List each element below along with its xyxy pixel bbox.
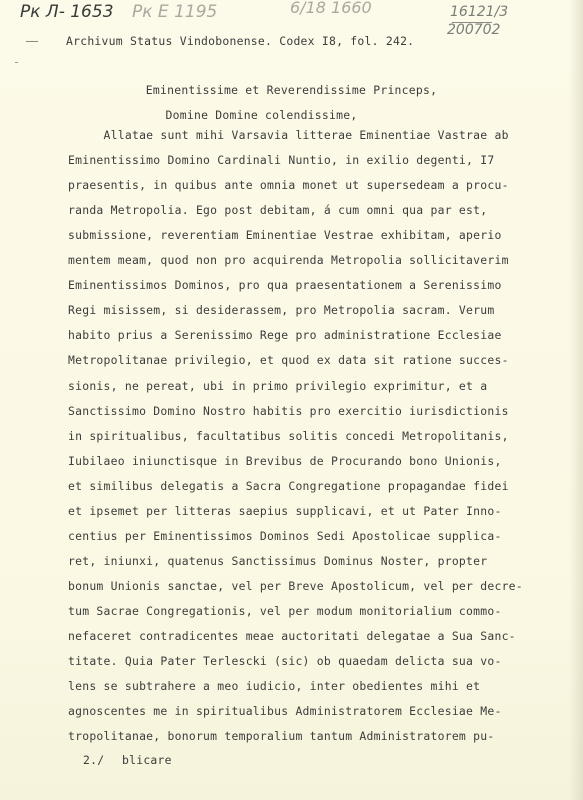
- body-line: et ipsemet per litteras saepius supplica…: [68, 504, 502, 518]
- body-line: mentem meam, quod non pro acquirenda Met…: [68, 253, 509, 267]
- body-line: Sanctissimo Domino Nostro habitis pro ex…: [68, 404, 509, 418]
- margin-dash: [26, 41, 38, 42]
- body-line: bonum Unionis sanctae, vel per Breve Apo…: [68, 579, 523, 593]
- page-edge-shadow: [569, 0, 583, 800]
- body-line: sionis, ne pereat, ubi in primo privileg…: [68, 379, 487, 393]
- continuation-word: blicare: [122, 753, 172, 767]
- body-line: titate. Quia Pater Terlescki (sic) ob qu…: [68, 654, 502, 668]
- body-line: centius per Eminentissimos Dominos Sedi …: [68, 529, 502, 543]
- faint-reference-mark: Pк E 1195: [132, 2, 217, 22]
- body-line: habito prius a Serenissimo Rege pro admi…: [68, 328, 502, 342]
- body-line: ret, iniunxi, quatenus Sanctissimus Domi…: [68, 554, 487, 568]
- body-line: Metropolitanae privilegio, et quod ex da…: [68, 353, 509, 367]
- body-line: Regi misissem, si desiderassem, pro Metr…: [68, 303, 494, 317]
- body-line: agnoscentes me in spiritualibus Administ…: [68, 704, 502, 718]
- salutation-line-2: Domine Domine colendissime,: [0, 108, 553, 122]
- page-marker: 2./: [83, 753, 104, 767]
- body-line: tropolitanae, bonorum temporalium tantum…: [68, 729, 494, 743]
- body-line: Eminentissimo Domino Cardinali Nuntio, i…: [68, 153, 494, 167]
- body-line: praesentis, in quibus ante omnia monet u…: [68, 178, 509, 192]
- inventory-number-top: 16121/3: [450, 4, 508, 20]
- body-line: lens se subtrahere a meo iudicio, inter …: [68, 679, 480, 693]
- body-line: nefaceret contradicentes meae auctoritat…: [68, 629, 516, 643]
- body-line: Eminentissimos Dominos, pro qua praesent…: [68, 278, 502, 292]
- body-line: in spiritualibus, facultatibus solitis c…: [68, 429, 509, 443]
- body-line: Iubilaeo iniunctisque in Brevibus de Pro…: [68, 454, 502, 468]
- body-line: tum Sacrae Congregationis, vel per modum…: [68, 604, 502, 618]
- body-line: Allatae sunt mihi Varsavia litterae Emin…: [68, 128, 509, 142]
- archive-source-line: Archivum Status Vindobonense. Codex I8, …: [66, 34, 414, 48]
- body-line: et similibus delegatis a Sacra Congregat…: [68, 479, 509, 493]
- inventory-number-bottom: 200702: [447, 22, 500, 38]
- body-line: randa Metropolia. Ego post debitam, á cu…: [68, 203, 487, 217]
- margin-dot: [15, 62, 18, 63]
- body-line: submissione, reverentiam Eminentiae Vest…: [68, 228, 502, 242]
- archive-mark: Pк Л- 1653: [20, 2, 114, 22]
- salutation-line-1: Eminentissime et Reverendissime Princeps…: [0, 83, 583, 97]
- faint-date-mark: 6/18 1660: [290, 0, 372, 17]
- document-page: Pк Л- 1653 Pк E 1195 6/18 1660 16121/3 2…: [0, 0, 583, 800]
